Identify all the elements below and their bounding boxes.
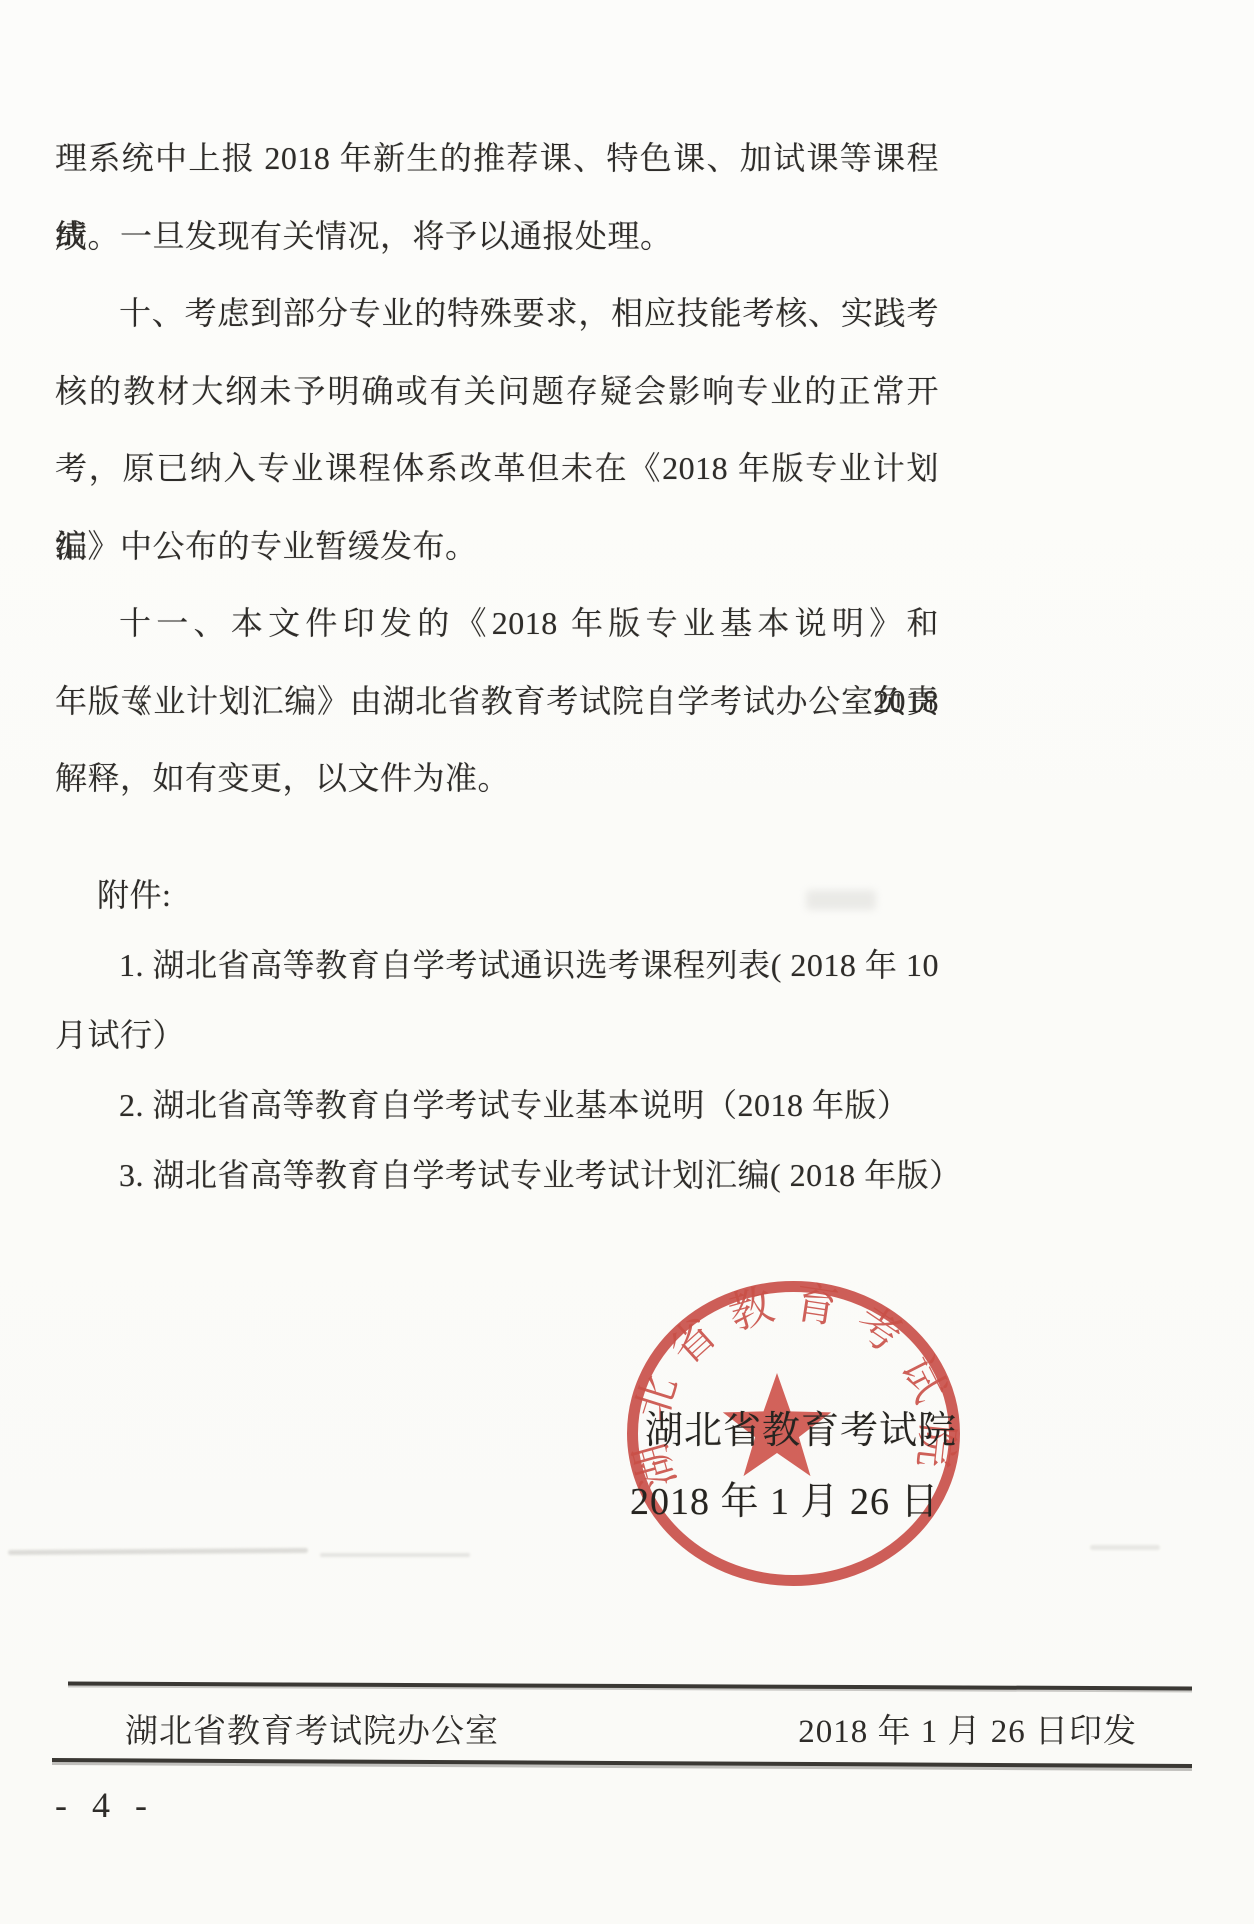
body-line: 解释，如有变更，以文件为准。 <box>55 740 939 818</box>
body-line: 核的教材大纲未予明确或有关问题存疑会影响专业的正常开 <box>55 353 939 431</box>
page-number: - 4 - <box>55 1784 155 1826</box>
body-line: 十一、本文件印发的《2018 年版专业基本说明》和《2018 <box>55 585 939 663</box>
footer-row: 湖北省教育考试院办公室 2018 年 1 月 26 日印发 <box>125 1706 1137 1750</box>
footer-rule-bottom <box>52 1758 1192 1768</box>
scan-artifact <box>8 1548 308 1555</box>
signature-date: 2018 年 1 月 26 日 <box>630 1470 940 1525</box>
signature-organization: 湖北省教育考试院 <box>645 1399 957 1454</box>
body-line: 年版专业计划汇编》由湖北省教育考试院自学考试办公室负责 <box>55 663 939 741</box>
attachment-item: 2. 湖北省高等教育自学考试专业基本说明（2018 年版） <box>55 1070 939 1140</box>
body-line: 考，原已纳入专业课程体系改革但未在《2018 年版专业计划汇 <box>55 430 939 508</box>
body-text: 理系统中上报 2018 年新生的推荐课、特色课、加试课等课程成 绩。一旦发现有关… <box>55 120 939 818</box>
attachment-item: 月试行） <box>55 1000 939 1070</box>
scan-artifact <box>320 1553 470 1557</box>
body-line: 绩。一旦发现有关情况，将予以通报处理。 <box>55 198 939 276</box>
scan-artifact <box>806 890 876 910</box>
footer-print-date: 2018 年 1 月 26 日印发 <box>798 1705 1137 1752</box>
attachment-item: 3. 湖北省高等教育自学考试专业考试计划汇编( 2018 年版） <box>55 1140 939 1210</box>
scan-artifact <box>1090 1545 1160 1550</box>
body-line: 编》中公布的专业暂缓发布。 <box>55 508 939 586</box>
footer-issuer: 湖北省教育考试院办公室 <box>125 1705 499 1752</box>
document-page: 理系统中上报 2018 年新生的推荐课、特色课、加试课等课程成 绩。一旦发现有关… <box>0 0 1254 1924</box>
attachment-item: 1. 湖北省高等教育自学考试通识选考课程列表( 2018 年 10 <box>55 930 939 1000</box>
body-line: 十、考虑到部分专业的特殊要求，相应技能考核、实践考 <box>55 275 939 353</box>
attachments-section: 附件: 1. 湖北省高等教育自学考试通识选考课程列表( 2018 年 10 月试… <box>55 860 939 1210</box>
body-line: 理系统中上报 2018 年新生的推荐课、特色课、加试课等课程成 <box>55 120 939 198</box>
footer-rule-top <box>68 1682 1192 1691</box>
